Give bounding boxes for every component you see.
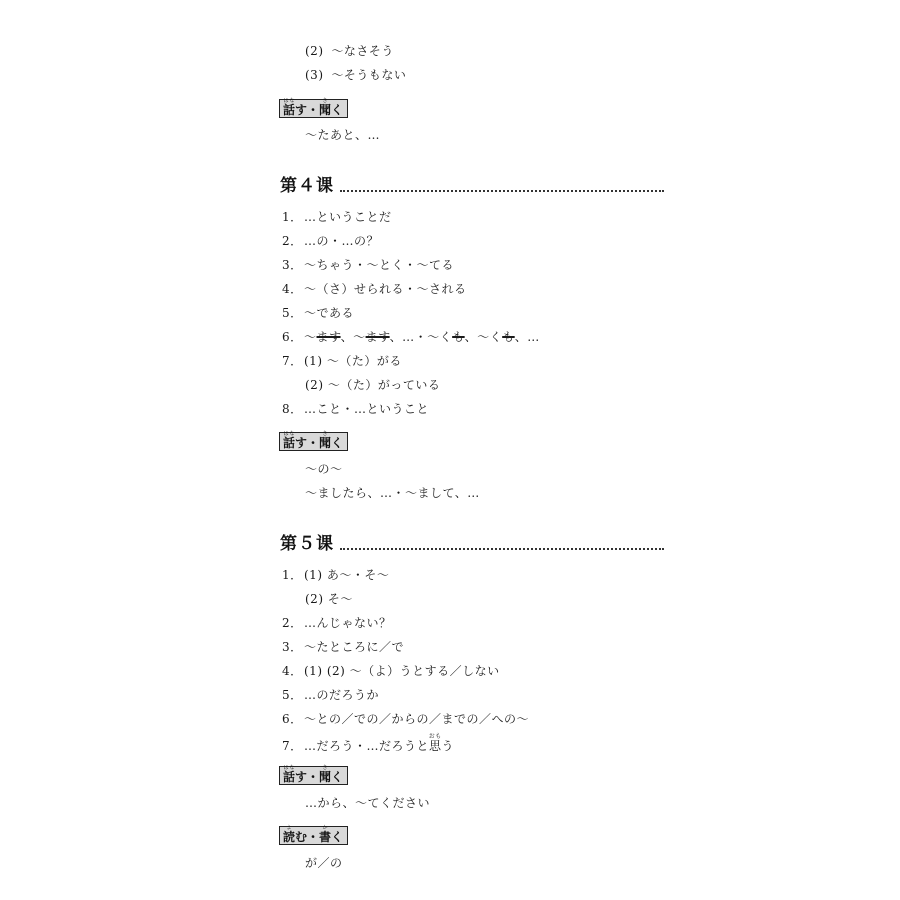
lesson-5-heading: 第５课 <box>280 530 664 554</box>
list-item: 2．…の・…の？ <box>282 233 379 249</box>
list-item: 2．…んじゃない？ <box>282 615 392 631</box>
struck-text: も <box>502 330 515 344</box>
list-item: 7．(1) 〜（た）がる <box>282 353 402 369</box>
dotted-leader <box>340 190 664 192</box>
list-item: 3．〜たところに／で <box>282 639 404 655</box>
list-item: 4．〜（さ）せられる・〜される <box>282 281 467 297</box>
list-item: 〜たあと、… <box>305 127 380 143</box>
item-text: 〜なさそう <box>331 44 394 58</box>
item-number: (2) <box>305 43 327 59</box>
textbook-page: (2) 〜なさそう (3) 〜そうもない 話はなす・聞きく 〜たあと、… 第４课… <box>0 0 900 900</box>
item-text: 〜たあと、… <box>305 128 380 142</box>
lesson-4-heading: 第４课 <box>280 172 664 196</box>
list-item: (2) そ〜 <box>305 591 353 607</box>
dotted-leader <box>340 548 664 550</box>
ruby-annotation: 思おも <box>429 739 442 753</box>
struck-text: ます <box>317 330 341 344</box>
list-item: 6．〜との／での／からの／までの／への〜 <box>282 711 529 727</box>
list-item: (2) 〜なさそう <box>305 43 394 59</box>
list-item: が／の <box>305 855 343 871</box>
read-write-badge: 読よむ・書かく <box>279 826 348 845</box>
speak-listen-badge: 話はなす・聞きく <box>279 432 348 451</box>
list-item: 1．…ということだ <box>282 209 392 225</box>
list-item: 〜ましたら、…・〜まして、… <box>305 485 480 501</box>
lesson-title: 第５课 <box>280 534 334 554</box>
list-item: 〜の〜 <box>305 461 343 477</box>
list-item: 6．〜ます、〜ます、…・〜くも、〜くも、… <box>282 329 540 345</box>
struck-text: ます <box>366 330 390 344</box>
lesson-title: 第４课 <box>280 176 334 196</box>
struck-text: も <box>452 330 465 344</box>
item-number: (3) <box>305 67 327 83</box>
item-text: 〜そうもない <box>331 68 406 82</box>
speak-listen-badge: 話はなす・聞きく <box>279 766 348 785</box>
list-item: 3．〜ちゃう・〜とく・〜てる <box>282 257 454 273</box>
list-item: 1．(1) あ〜・そ〜 <box>282 567 389 583</box>
list-item: 5．〜である <box>282 305 354 321</box>
list-item: 8．…こと・…ということ <box>282 401 429 417</box>
list-item: …から、〜てください <box>305 795 430 811</box>
list-item: (2) 〜（た）がっている <box>305 377 440 393</box>
speak-listen-badge: 話はなす・聞きく <box>279 99 348 118</box>
list-item: 4．(1) (2) 〜（よ）うとする／しない <box>282 663 500 679</box>
list-item: (3) 〜そうもない <box>305 67 406 83</box>
list-item: 5．…のだろうか <box>282 687 379 703</box>
list-item: 7．…だろう・…だろうと思おもう <box>282 733 454 754</box>
